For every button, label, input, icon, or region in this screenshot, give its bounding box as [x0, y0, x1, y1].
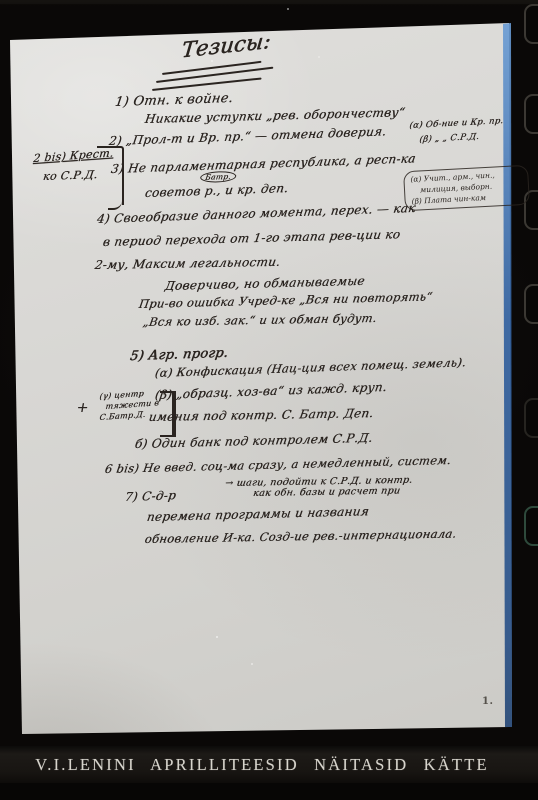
manuscript-line: 2-му, Максим легальности.	[94, 255, 282, 272]
dust-specks	[0, 0, 2, 2]
manuscript-line: +	[75, 400, 90, 416]
manuscript-line: советов р., и кр. деп.	[144, 181, 289, 200]
manuscript-line: как обн. базы и расчет при	[252, 485, 401, 499]
manuscript-line: Доверчиво, но обманываемые	[164, 274, 366, 293]
manuscript-line: ко С.Р.Д.	[42, 168, 98, 183]
margin-bracket	[160, 391, 176, 437]
manuscript-line: обновление И-ка. Созд-ие рев.-интернацио…	[144, 527, 458, 546]
manuscript-line: „Вся ко изб. зак.“ и их обман будут.	[142, 311, 378, 329]
manuscript-line: 1) Отн. к войне.	[114, 91, 234, 110]
manuscript-line: 3) Не парламентарная республика, а респ-…	[110, 151, 417, 176]
caption-bar: V.I.LENINI APRILLITEESID NÄITASID KÄTTE	[0, 746, 538, 783]
margin-boxed-note: (α) Учит., арм., чин.,милиция, выборн.(β…	[403, 165, 530, 211]
manuscript-line: 5) Агр. прогр.	[129, 346, 229, 365]
title-underline-stroke	[156, 67, 273, 83]
frame-bottom-strip	[0, 783, 538, 800]
slide-photo: Тезисы: (α) Учит., арм., чин.,милиция, в…	[0, 0, 538, 800]
margin-bracket-hook	[108, 199, 122, 210]
manuscript-line: (α) Об-ние и Кр. пр.	[409, 116, 504, 131]
manuscript-line: в период перехода от 1-го этапа рев-ции …	[102, 227, 401, 249]
title-underline-stroke	[162, 61, 261, 75]
manuscript-line: 7) С-д-р	[124, 488, 177, 504]
manuscript-line: С.Батр.Д.	[99, 410, 146, 422]
manuscript-line: Батр.	[199, 171, 236, 183]
manuscript-line: перемена программы и названия	[146, 504, 370, 524]
handwriting-layer: Тезисы: (α) Учит., арм., чин.,милиция, в…	[0, 0, 538, 800]
manuscript-title: Тезисы:	[180, 29, 272, 63]
manuscript-line: 2) „Прол-т и Вр. пр.“ — отмена доверия.	[108, 124, 387, 148]
manuscript-line: 4) Своеобразие данного момента, перех. —…	[96, 201, 417, 226]
manuscript-line: (β) „ „ С.Р.Д.	[419, 132, 480, 145]
manuscript-line: Никакие уступки „рев. оборончеству“	[144, 105, 406, 126]
manuscript-line: имения под контр. С. Батр. Деп.	[148, 406, 375, 424]
caption-text: V.I.LENINI APRILLITEESID NÄITASID KÄTTE	[35, 755, 489, 775]
margin-bracket	[97, 146, 124, 205]
page-number: 1.	[482, 696, 493, 707]
manuscript-line: (β) „образц. хоз-ва“ из кажд. круп.	[154, 380, 388, 402]
manuscript-line: 6 bis) Не введ. соц-ма сразу, а немедлен…	[104, 453, 452, 476]
